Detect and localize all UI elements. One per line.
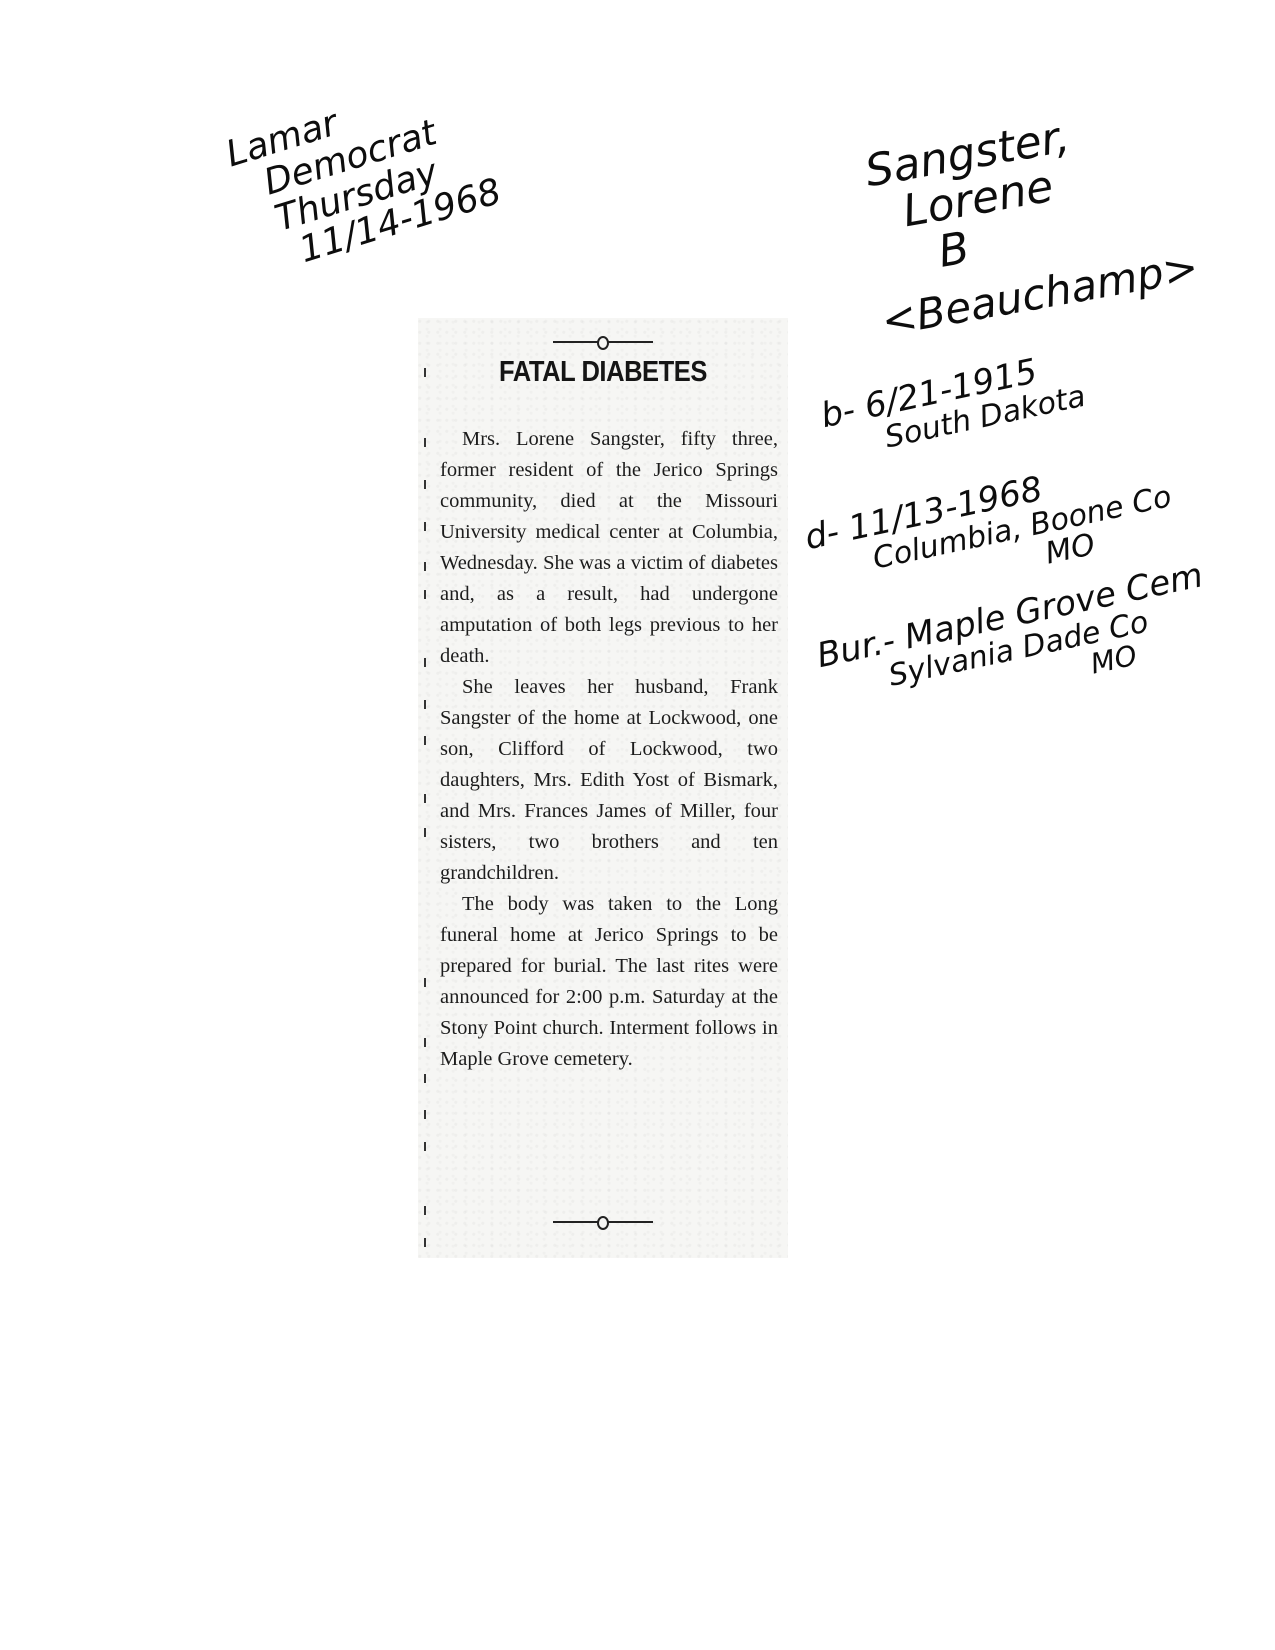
birth-note: b- 6/21-1915 South Dakota [818, 346, 1088, 466]
handwritten-source-note: Lamar Democrat Thursday 11/14-1968 [222, 65, 506, 283]
article-paragraph: The body was taken to the Long funeral h… [440, 889, 778, 1075]
handwritten-name-note: Sangster, Lorene B <Beauchamp> [862, 96, 1202, 342]
article-body: Mrs. Lorene Sangster, fifty three, forme… [440, 424, 778, 1075]
article-paragraph: She leaves her husband, Frank Sangster o… [440, 672, 778, 889]
article-paragraph: Mrs. Lorene Sangster, fifty three, forme… [440, 424, 778, 672]
divider-ornament-top [553, 336, 653, 348]
headline: FATAL DIABETES [440, 356, 766, 389]
divider-ornament-bottom [553, 1216, 653, 1228]
newspaper-clipping: FATAL DIABETES Mrs. Lorene Sangster, fif… [418, 318, 788, 1258]
clipping-edge-marks [424, 358, 428, 1238]
